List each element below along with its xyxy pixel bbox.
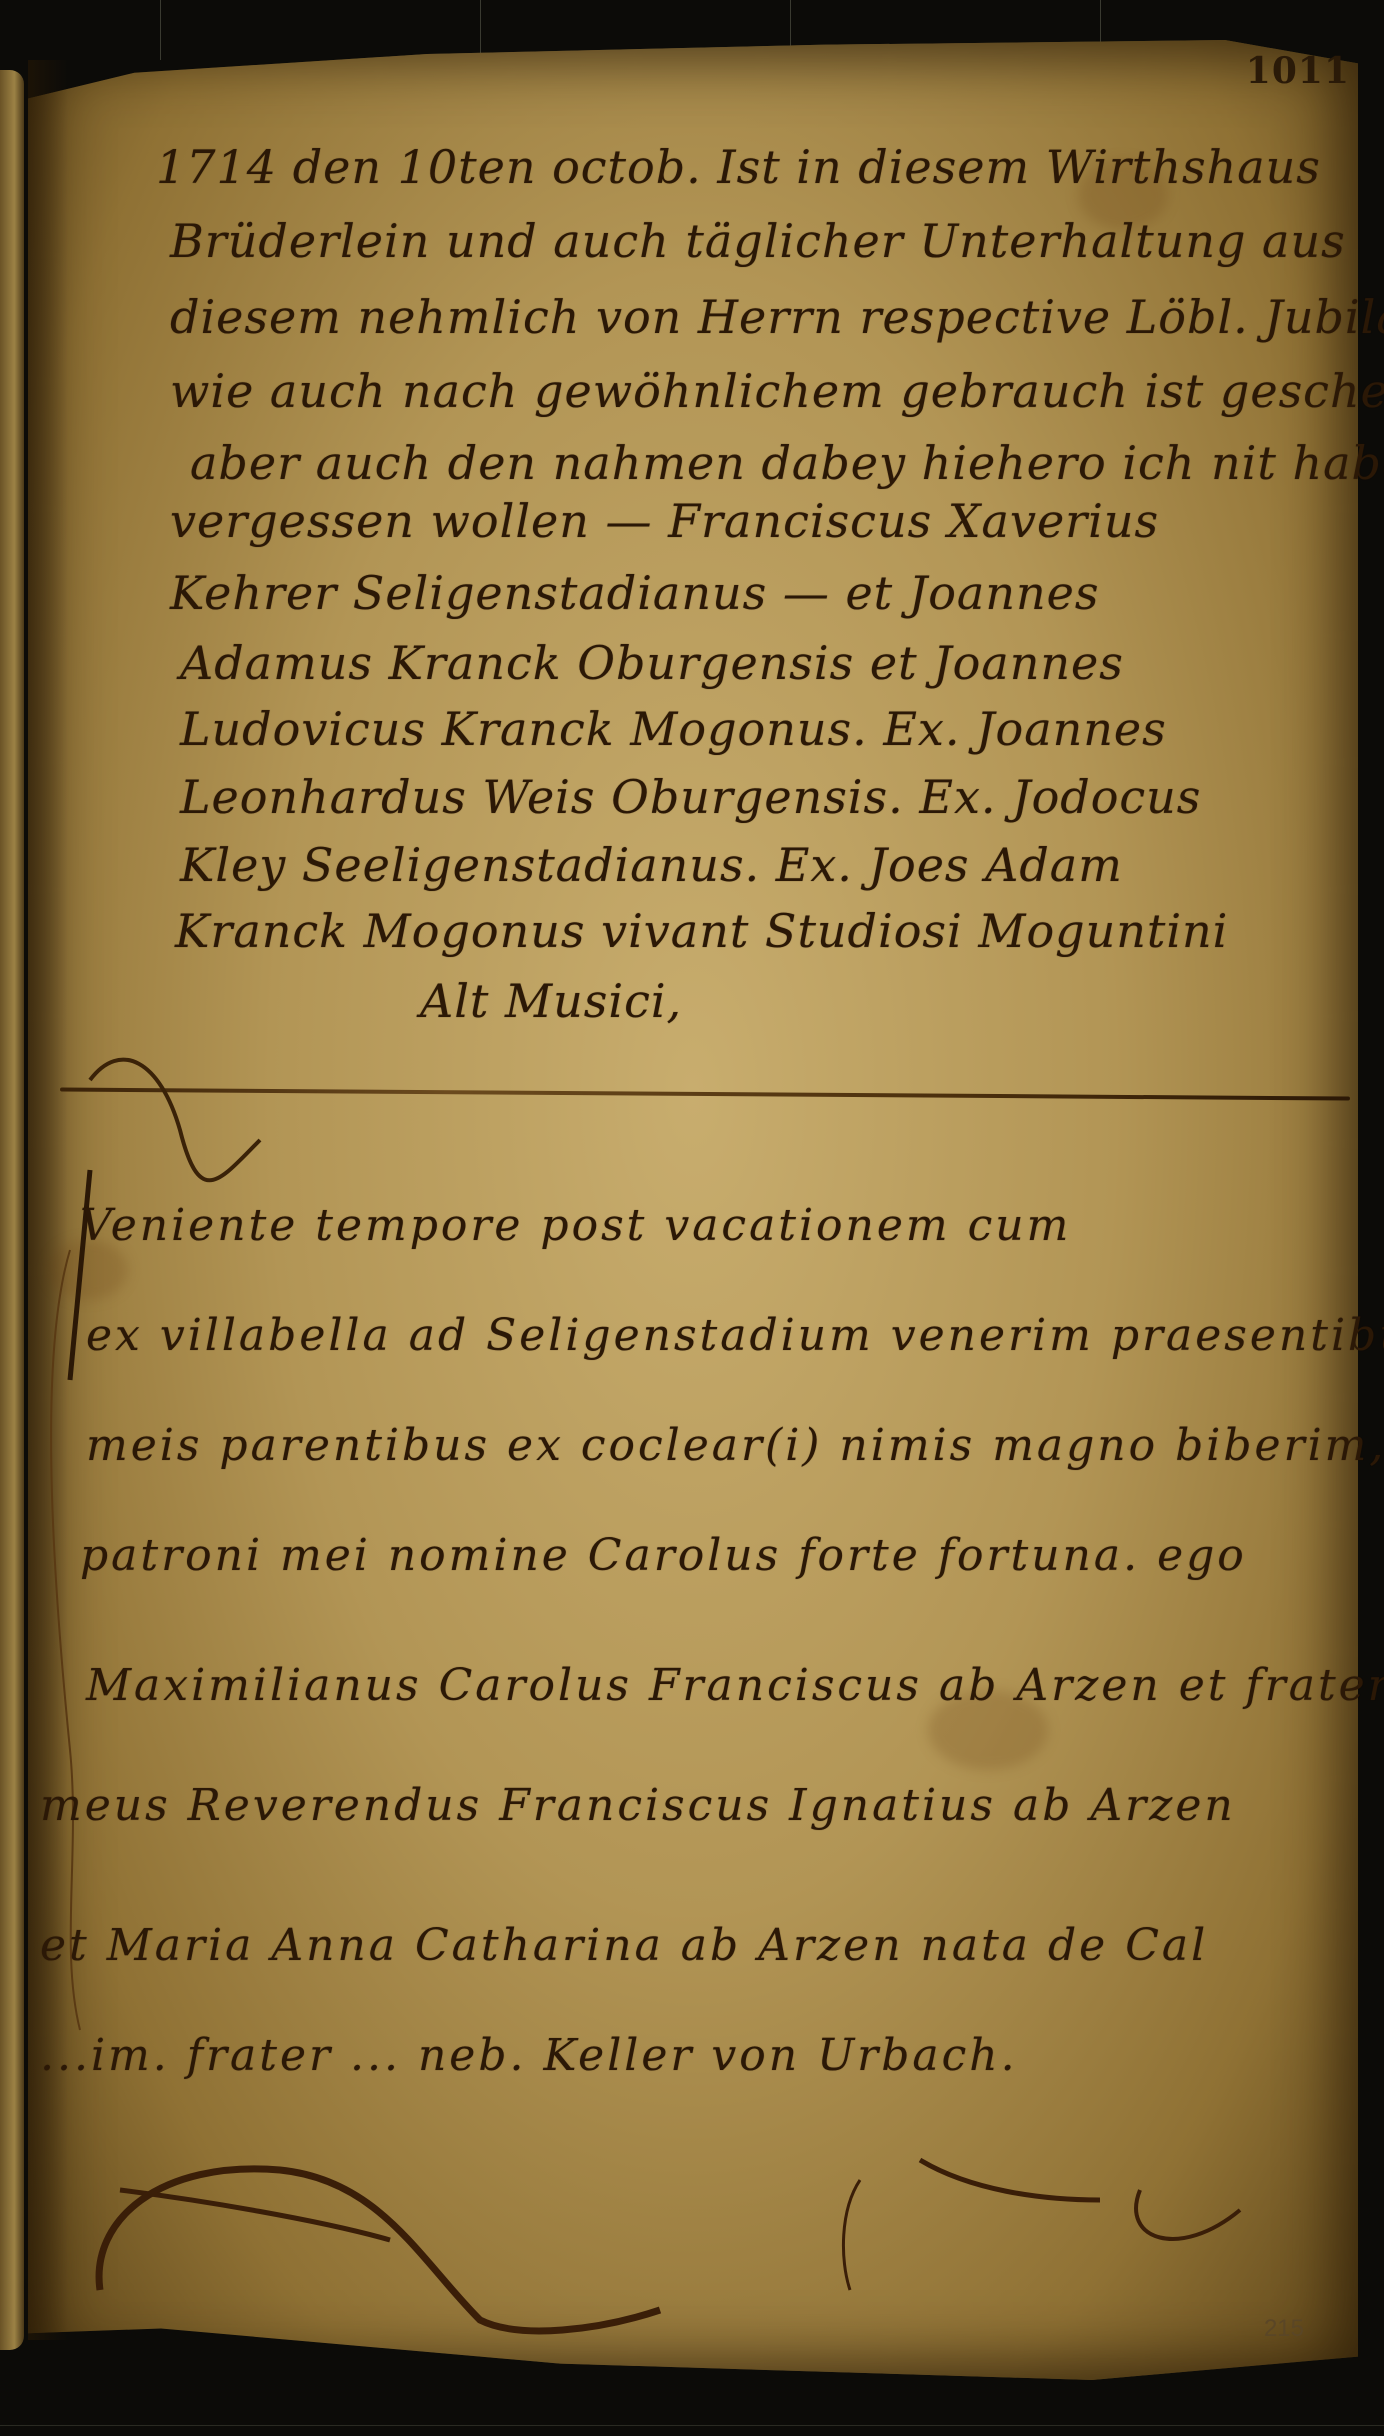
facing-page-edge [0, 70, 24, 2350]
scanner-grid-line [0, 2425, 1384, 2426]
manuscript-line: aber auch den nahmen dabey hiehero ich n… [190, 436, 1384, 490]
manuscript-line: Adamus Kranck Oburgensis et Joannes [180, 636, 1124, 690]
manuscript-line: ...im. frater ... neb. Keller von Urbach… [40, 2030, 1018, 2081]
manuscript-line: 1714 den 10ten octob. Ist in diesem Wirt… [156, 140, 1321, 194]
manuscript-line: Veniente tempore post vacationem cum [80, 1200, 1071, 1251]
pencil-annotation: 215 [1264, 2315, 1304, 2343]
manuscript-line: wie auch nach gewöhnlichem gebrauch ist … [170, 364, 1384, 418]
manuscript-line: Brüderlein und auch täglicher Unterhaltu… [170, 214, 1346, 268]
manuscript-line: Ludovicus Kranck Mogonus. Ex. Joannes [180, 702, 1167, 756]
manuscript-line: meus Reverendus Franciscus Ignatius ab A… [40, 1780, 1236, 1831]
manuscript-line: vergessen wollen — Franciscus Xaverius [170, 494, 1159, 548]
manuscript-line: meis parentibus ex coclear(i) nimis magn… [86, 1420, 1384, 1471]
manuscript-line: Maximilianus Carolus Franciscus ab Arzen… [86, 1660, 1384, 1711]
manuscript-line: ex villabella ad Seligenstadium venerim … [86, 1310, 1384, 1361]
folio-number: 1011 [1246, 50, 1350, 92]
manuscript-line: Kley Seeligenstadianus. Ex. Joes Adam [180, 838, 1123, 892]
scanner-grid-line [160, 0, 161, 60]
manuscript-line: Alt Musici, [420, 974, 682, 1028]
manuscript-line: Kranck Mogonus vivant Studiosi Moguntini [175, 904, 1228, 958]
manuscript-line: diesem nehmlich von Herrn respective Löb… [170, 290, 1384, 344]
manuscript-line: et Maria Anna Catharina ab Arzen nata de… [40, 1920, 1208, 1971]
scanner-grid-line [480, 0, 481, 60]
manuscript-line: patroni mei nomine Carolus forte fortuna… [80, 1530, 1247, 1581]
manuscript-line: Kehrer Seligenstadianus — et Joannes [170, 566, 1099, 620]
manuscript-line: Leonhardus Weis Oburgensis. Ex. Jodocus [180, 770, 1201, 824]
